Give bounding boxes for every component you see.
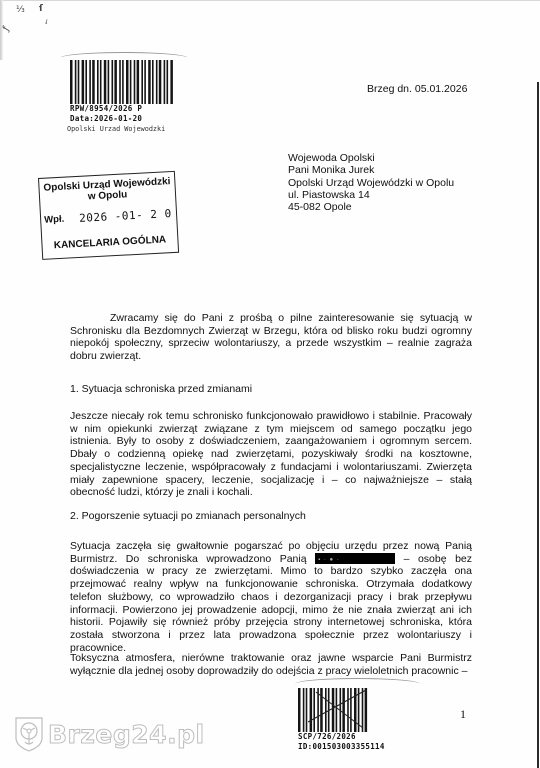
place-and-date: Brzeg dn. 05.01.2026 (367, 83, 467, 95)
scan-left-edge (0, 0, 3, 60)
handwritten-mark: ✓ (42, 17, 51, 27)
registry-barcode-top: RPW/8954/2026 P Data:2026-01-20 Opolski … (70, 60, 176, 134)
city-crest-icon (14, 716, 44, 752)
section-2-text: Sytuacja zaczęła się gwałtownie pogarsza… (70, 540, 472, 654)
section-2-paragraph: Sytuacja zaczęła się gwałtownie pogarsza… (70, 540, 472, 654)
handwritten-mark: ſ (39, 4, 43, 14)
addressee-block: Wojewoda Opolski Pani Monika Jurek Opols… (288, 152, 454, 213)
barcode-sticker-edge (60, 52, 188, 59)
scan-top-edge (0, 0, 540, 1)
section-2-paragraph-2: Toksyczna atmosfera, nierówne traktowani… (70, 652, 472, 677)
addressee-line: Opolski Urząd Wojewódzki w Opolu (288, 177, 454, 189)
redacted-name (315, 553, 395, 564)
addressee-line: Wojewoda Opolski (288, 152, 454, 164)
stamp-received-date: 2026 -01- 2 0 (79, 207, 172, 225)
barcode-icon (70, 60, 176, 104)
scan-right-edge (537, 82, 539, 768)
intro-paragraph: Zwracamy się do Pani z prośbą o pilne za… (70, 312, 472, 363)
registry-barcode-bottom: SCP/726/2026 ID:001503003355114 (298, 688, 385, 752)
watermark-text: Brzeg24.pl (48, 720, 205, 749)
registry-id: ID:001503003355114 (298, 742, 385, 752)
section-1-text: Jeszcze niecały rok temu schronisko funk… (70, 410, 472, 499)
registry-office: Opolski Urzad Wojewodzki (67, 124, 176, 134)
watermark: Brzeg24.pl (14, 716, 205, 752)
barcode-sticker-edge (295, 678, 420, 685)
registry-reference: RPW/8954/2026 P (70, 104, 176, 114)
addressee-line: ul. Piastowska 14 (288, 189, 454, 201)
page-number: 1 (460, 707, 466, 722)
section-2-text-2: Toksyczna atmosfera, nierówne traktowani… (70, 652, 472, 677)
receipt-stamp: Opolski Urząd Wojewódzki w Opolu Wpł. 20… (38, 171, 179, 260)
cross-out-mark-icon (308, 688, 368, 730)
registry-date: Data:2026-01-20 (70, 114, 176, 124)
section-1-paragraph: Jeszcze niecały rok temu schronisko funk… (70, 410, 472, 499)
intro-text: Zwracamy się do Pani z prośbą o pilne za… (70, 312, 472, 363)
addressee-line: Pani Monika Jurek (288, 164, 454, 176)
registry-reference: SCP/726/2026 (298, 732, 385, 742)
stamp-organization: Opolski Urząd Wojewódzki w Opolu (39, 176, 175, 205)
addressee-line: 45-082 Opole (288, 201, 454, 213)
handwritten-mark: ⅓ (16, 5, 25, 15)
scanned-letter-page: ⅓ ſ ƒ ✓ RPW/8954/2026 P Data:2026-01-20 … (0, 0, 540, 768)
stamp-received-label: Wpł. (44, 214, 65, 226)
section-1-heading: 1. Sytuacja schroniska przed zmianami (70, 383, 252, 395)
section-2-heading: 2. Pogorszenie sytuacji po zmianach pers… (70, 510, 306, 522)
text-after-redaction: – osobę bez doświadczenia w pracy ze zwi… (70, 553, 472, 654)
stamp-office: KANCELARIA OGÓLNA (42, 234, 177, 252)
